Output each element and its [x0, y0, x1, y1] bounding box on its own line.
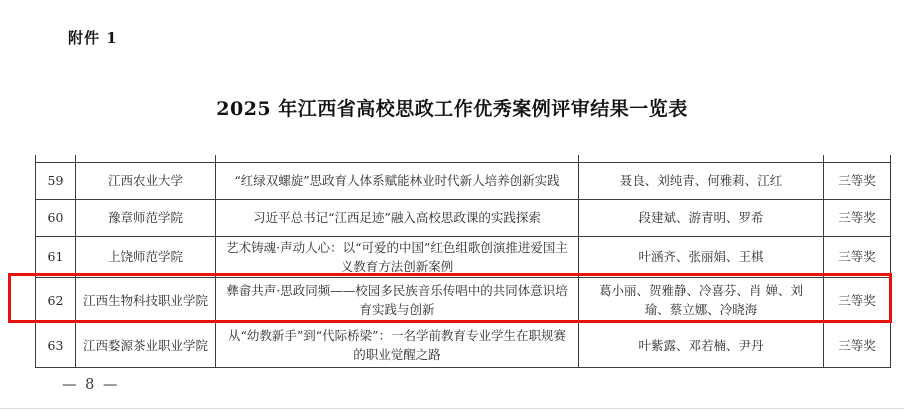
cell-school: 上饶师范学院 — [76, 236, 216, 278]
cell-no: 61 — [36, 236, 76, 278]
page-bottom-edge — [0, 408, 904, 409]
cell-case: 艺术铸魂·声动人心：以“可爱的中国”红色组歌创演推进爱国主义教育方法创新案例 — [216, 236, 579, 278]
cell-award: 三等奖 — [824, 162, 891, 199]
table-row: 61 上饶师范学院 艺术铸魂·声动人心：以“可爱的中国”红色组歌创演推进爱国主义… — [36, 236, 891, 278]
cell-no: 63 — [36, 323, 76, 368]
cell-award: 三等奖 — [824, 199, 891, 236]
cell-authors: 聂良、刘纯青、何雅莉、江红 — [579, 162, 824, 199]
attachment-label: 附件 1 — [68, 27, 118, 48]
table-row: 60 豫章师范学院 习近平总书记“江西足迹”融入高校思政课的实践探索 段建斌、游… — [36, 199, 891, 236]
cell-school: 江西农业大学 — [76, 162, 216, 199]
cell-award: 三等奖 — [824, 278, 891, 323]
cell-empty — [579, 155, 824, 162]
cell-empty — [76, 155, 216, 162]
table-row: 59 江西农业大学 “红绿双螺旋”思政育人体系赋能林业时代新人培养创新实践 聂良… — [36, 162, 891, 199]
cell-school: 豫章师范学院 — [76, 199, 216, 236]
cell-authors: 段建斌、游青明、罗希 — [579, 199, 824, 236]
table-row-partial — [36, 155, 891, 162]
cell-empty — [36, 155, 76, 162]
cell-award: 三等奖 — [824, 236, 891, 278]
cell-authors: 葛小丽、贺雅静、冷喜芬、肖 婵、刘 瑜、蔡立娜、冷晓海 — [579, 278, 824, 323]
cell-award: 三等奖 — [824, 323, 891, 368]
cell-authors: 叶紫露、邓若楠、尹丹 — [579, 323, 824, 368]
results-table: 59 江西农业大学 “红绿双螺旋”思政育人体系赋能林业时代新人培养创新实践 聂良… — [35, 155, 891, 368]
cell-authors: 叶涵齐、张丽娟、王棋 — [579, 236, 824, 278]
page-title: 2025 年江西省高校思政工作优秀案例评审结果一览表 — [0, 94, 904, 121]
page-number: — 8 — — [62, 377, 119, 393]
cell-school: 江西生物科技职业学院 — [76, 278, 216, 323]
cell-empty — [216, 155, 579, 162]
cell-empty — [824, 155, 891, 162]
cell-case: 习近平总书记“江西足迹”融入高校思政课的实践探索 — [216, 199, 579, 236]
cell-school: 江西婺源茶业职业学院 — [76, 323, 216, 368]
cell-case: 从“幼教新手”到“代际桥梁”：一名学前教育专业学生在职规赛的职业觉醒之路 — [216, 323, 579, 368]
table-row: 63 江西婺源茶业职业学院 从“幼教新手”到“代际桥梁”：一名学前教育专业学生在… — [36, 323, 891, 368]
document-page: 附件 1 2025 年江西省高校思政工作优秀案例评审结果一览表 59 江西农业大… — [0, 0, 904, 416]
cell-case: “红绿双螺旋”思政育人体系赋能林业时代新人培养创新实践 — [216, 162, 579, 199]
cell-no: 60 — [36, 199, 76, 236]
cell-case: 彝畲共声·思政同频——校园多民族音乐传唱中的共同体意识培育实践与创新 — [216, 278, 579, 323]
cell-no: 62 — [36, 278, 76, 323]
table-row-highlighted: 62 江西生物科技职业学院 彝畲共声·思政同频——校园多民族音乐传唱中的共同体意… — [36, 278, 891, 323]
cell-no: 59 — [36, 162, 76, 199]
